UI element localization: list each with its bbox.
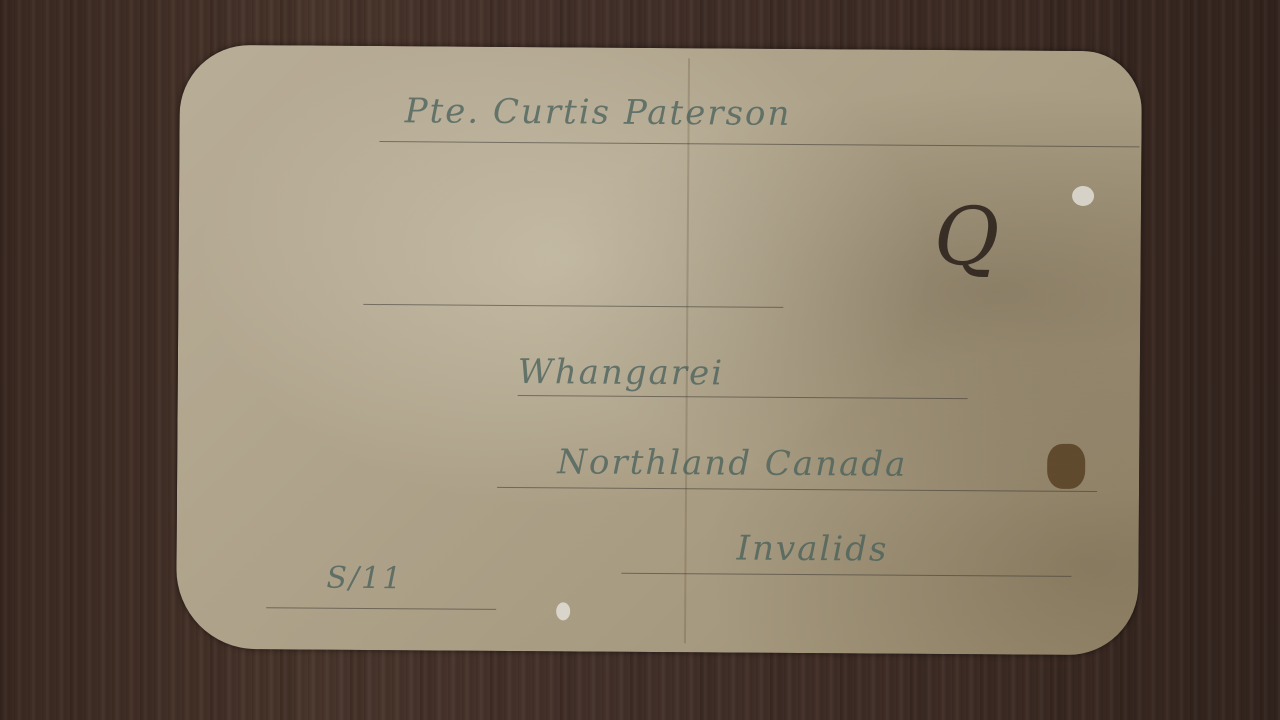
ruled-line-3 xyxy=(518,395,968,399)
handwriting-line-5: Invalids xyxy=(736,529,888,570)
ruled-line-6 xyxy=(266,607,496,610)
handwriting-line-4: Northland Canada xyxy=(557,442,907,484)
ruled-line-1 xyxy=(379,141,1139,147)
ruled-line-4 xyxy=(497,487,1097,492)
footer-note: S/11 xyxy=(326,561,403,597)
worn-spot xyxy=(1072,186,1094,206)
ruled-line-2 xyxy=(363,304,783,308)
handwriting-line-1: Pte. Curtis Paterson xyxy=(405,91,792,134)
ruled-line-5 xyxy=(621,573,1071,577)
ink-stain xyxy=(1047,444,1085,489)
address-card: Pte. Curtis Paterson Whangarei Northland… xyxy=(176,45,1142,656)
worn-spot xyxy=(556,602,570,620)
handwriting-line-3: Whangarei xyxy=(518,352,725,393)
fold-crease xyxy=(684,58,690,643)
corner-mark: Q xyxy=(933,190,999,283)
